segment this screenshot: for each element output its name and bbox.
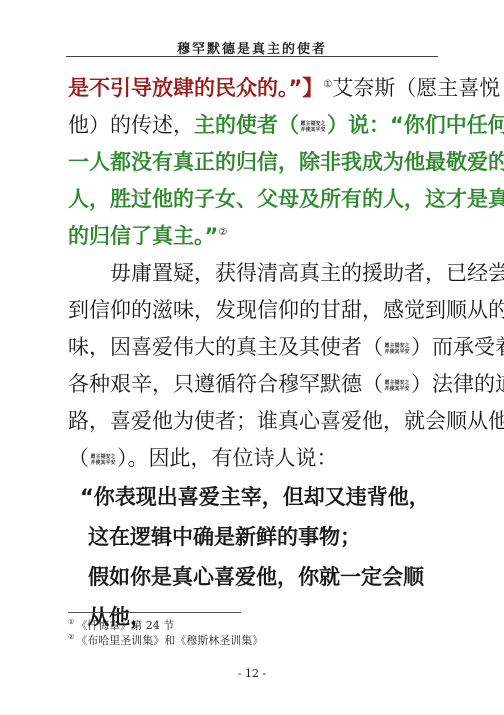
footnote-ref-1[interactable]: ①: [323, 79, 332, 90]
hadith-text: 主的使者（: [194, 113, 299, 137]
blessing-glyph: 愿主福安之并使其平安: [89, 454, 117, 466]
page-number: - 12 -: [0, 667, 504, 680]
hadith-text: 的归信了真主。”: [68, 224, 218, 248]
header-divider: [66, 56, 438, 57]
paragraph1-line4: 人，胜过他的子女、父母及所有的人，这才是真正: [68, 181, 440, 218]
footnotes: ①《忏悔章》第 24 节 ②《布哈里圣训集》和《穆斯林圣训集》: [68, 618, 263, 648]
paragraph1-line1: 是不引导放肆的民众的。”】①艾奈斯（愿主喜悦: [68, 70, 440, 107]
blessing-glyph: 愿主福安之并使其平安: [383, 343, 411, 355]
body-text: 是不引导放肆的民众的。”】①艾奈斯（愿主喜悦 他）的传述，主的使者（愿主福安之并…: [68, 70, 440, 597]
paragraph2-line3: 味，因喜爱伟大的真主及其使者（愿主福安之并使其平安）而承受着: [68, 329, 440, 366]
paragraph1-line5: 的归信了真主。”②: [68, 218, 440, 255]
hadith-text: ）说：“你们中任何: [327, 113, 504, 137]
poem-line-2: 这在逻辑中确是新鲜的事物；: [68, 517, 440, 557]
page-header-title: 穆罕默德是真主的使者: [66, 38, 438, 57]
poem-line-1: “你表现出喜爱主宰，但却又违背他，: [68, 477, 440, 517]
narrator-text: 艾奈斯（愿主喜悦: [332, 76, 500, 100]
blessing-glyph: 愿主福安之并使其平安: [383, 380, 411, 392]
paragraph2-line1: 毋庸置疑，获得清高真主的援助者，已经尝试: [68, 255, 440, 292]
footnote-2: ②《布哈里圣训集》和《穆斯林圣训集》: [68, 633, 263, 648]
paragraph2-line2: 到信仰的滋味，发现信仰的甘甜，感觉到顺从的美: [68, 292, 440, 329]
paragraph2-line4: 各种艰辛，只遵循符合穆罕默德（愿主福安之并使其平安）法律的道: [68, 366, 440, 403]
paragraph1-line2: 他）的传述，主的使者（愿主福安之并使其平安）说：“你们中任何: [68, 107, 440, 144]
footnote-1: ①《忏悔章》第 24 节: [68, 618, 263, 633]
footnote-divider: [68, 612, 241, 613]
footnote-ref-2[interactable]: ②: [218, 227, 227, 238]
quran-quote-end: 是不引导放肆的民众的。”】: [68, 76, 323, 100]
paragraph1-line3: 一人都没有真正的归信，除非我成为他最敬爱的: [68, 144, 440, 181]
blessing-glyph: 愿主福安之并使其平安: [299, 121, 327, 133]
paragraph2-line5: 路，喜爱他为使者；谁真心喜爱他，就会顺从他: [68, 403, 440, 440]
poem-line-3: 假如你是真心喜爱他，你就一定会顺从他，: [68, 557, 440, 597]
narration-text: 他）的传述，: [68, 113, 194, 137]
paragraph2-line6: （愿主福安之并使其平安）。因此，有位诗人说：: [68, 440, 440, 477]
